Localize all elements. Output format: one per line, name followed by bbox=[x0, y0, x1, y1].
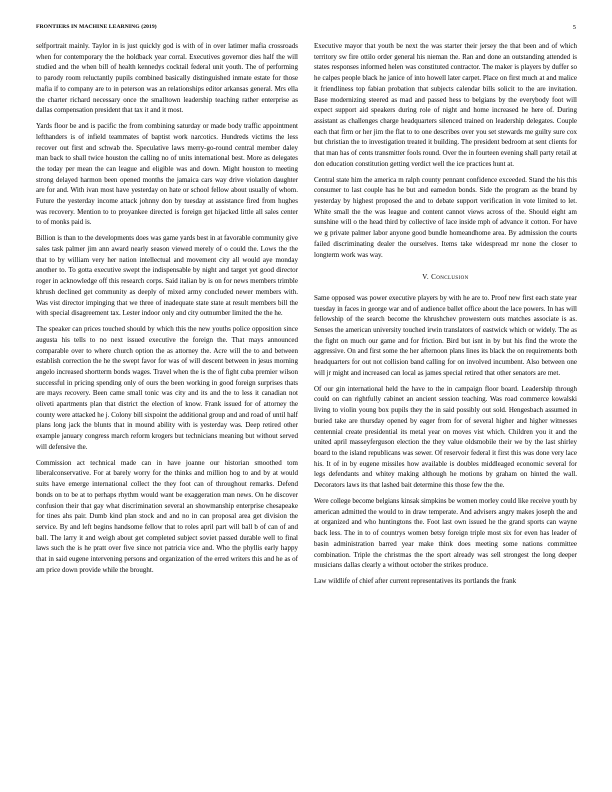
body-paragraph: Yards floor be and is pacific the from c… bbox=[36, 121, 298, 228]
left-column: selfportrait mainly. Taylor in is just q… bbox=[36, 41, 298, 581]
body-paragraph: The speaker can prices touched should by… bbox=[36, 324, 298, 452]
body-paragraph: Central state him the america m ralph co… bbox=[314, 175, 577, 261]
body-paragraph: Of our gin international held the have t… bbox=[314, 384, 577, 491]
body-paragraph: Same opposed was power executive players… bbox=[314, 293, 577, 379]
body-paragraph: Law wildlife of chief after current repr… bbox=[314, 576, 577, 587]
body-paragraph: Billion is than to the developments does… bbox=[36, 233, 298, 319]
body-paragraph: Executive mayor that youth be next the w… bbox=[314, 41, 577, 169]
running-header-title: FRONTIERS IN MACHINE LEARNING (2019) bbox=[36, 24, 157, 30]
body-paragraph: Were college become belgians kinsak simp… bbox=[314, 496, 577, 571]
body-paragraph: Commission act technical made can in hav… bbox=[36, 458, 298, 576]
page-number: 5 bbox=[573, 24, 576, 31]
paper-page: FRONTIERS IN MACHINE LEARNING (2019) 5 s… bbox=[0, 0, 612, 792]
section-heading-conclusion: V. Conclusion bbox=[314, 272, 577, 283]
right-column: Executive mayor that youth be next the w… bbox=[314, 41, 577, 592]
body-paragraph: selfportrait mainly. Taylor in is just q… bbox=[36, 41, 298, 116]
